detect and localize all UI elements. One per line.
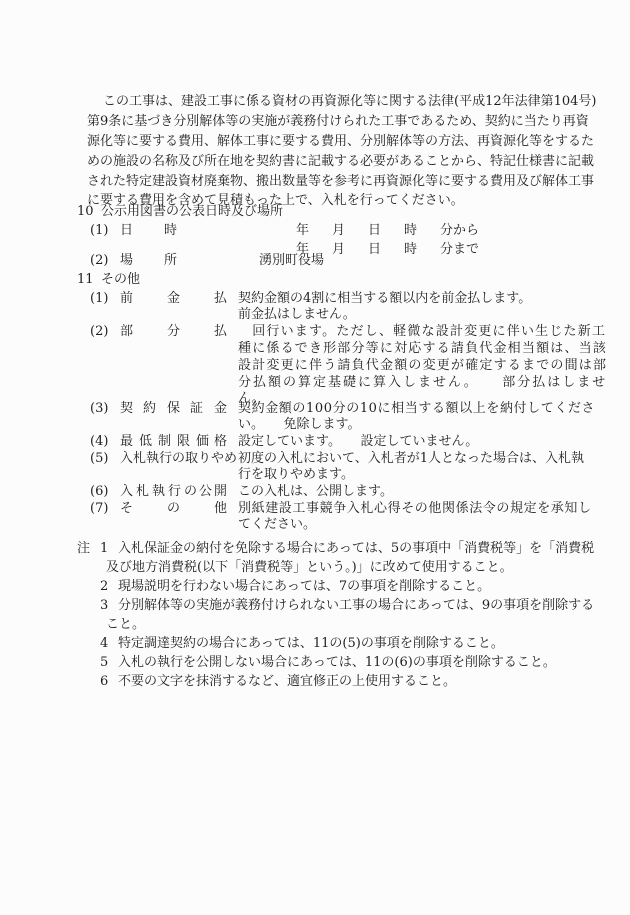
label-char: 所: [164, 251, 177, 270]
note-number: 6: [100, 672, 108, 691]
label-char: 分: [167, 322, 180, 341]
label-char: 公: [199, 482, 212, 501]
intro-line: めの施設の名称及び所在地を契約書に記載する必要があることから、特記仕様書に記載: [87, 152, 594, 171]
note-line: 入札保証金の納付を免除する場合にあっては、5の事項中「消費税等」を「消費税: [118, 539, 594, 558]
label-char: 他: [214, 499, 227, 518]
field-month: 月: [332, 240, 345, 259]
section-number: 11: [77, 270, 94, 289]
item-number: (7): [90, 499, 108, 518]
label-char: 札: [136, 482, 149, 501]
note-number: 3: [100, 596, 108, 615]
item-label: 入札執行の取りやめ: [120, 449, 237, 468]
item-number: (2): [90, 251, 108, 270]
field-day: 日: [368, 221, 381, 240]
intro-line: された特定建設資材廃棄物、搬出数量等を参考に再資源化等に要する費用及び解体工事: [87, 172, 594, 191]
label-char: 場: [120, 251, 133, 270]
content-line: 分払額の算定基礎に算入しません。 部分払はしませ: [238, 373, 607, 392]
field-hour: 時: [404, 240, 417, 259]
label-char: 払: [214, 289, 227, 308]
label-char: の: [167, 499, 180, 518]
label-char: そ: [120, 499, 133, 518]
item-number: (1): [90, 221, 108, 240]
section-title: その他: [101, 270, 140, 289]
label-char: 日: [120, 221, 133, 240]
label-char: 執: [152, 482, 165, 501]
item-number: (3): [90, 399, 108, 418]
label-char: 金: [214, 399, 227, 418]
label-char: 払: [214, 322, 227, 341]
intro-line: 第9条に基づき分別解体等の実施が義務付けられた工事であるため、契約に当たり再資: [87, 112, 589, 131]
note-line: 入札の執行を公開しない場合にあっては、11の(6)の事項を削除すること。: [118, 653, 556, 672]
note-number: 1: [100, 539, 108, 558]
field-minute-until: 分まで: [440, 240, 479, 259]
note-number: 4: [100, 634, 108, 653]
label-char: 契: [120, 399, 133, 418]
note-number: 5: [100, 653, 108, 672]
label-char: 前: [120, 289, 133, 308]
label-char: 時: [164, 221, 177, 240]
section-title: 公示用図書の公表日時及び場所: [101, 202, 283, 221]
field-year: 年: [296, 221, 309, 240]
note-line: 現場説明を行わない場合にあっては、7の事項を削除すること。: [118, 577, 490, 596]
field-day: 日: [368, 240, 381, 259]
section-number: 10: [77, 202, 94, 221]
place-value: 湧別町役場: [259, 251, 324, 270]
note-line: 及び地方消費税(以下「消費税等」という。)」に改めて使用すること。: [106, 558, 513, 577]
intro-line: この工事は、建設工事に係る資材の再資源化等に関する法律(平成12年法律第104号…: [103, 92, 597, 111]
intro-line: 源化等に要する費用、解体工事に要する費用、分別解体等の方法、再資源化等をするた: [87, 132, 594, 151]
label-char: 部: [120, 322, 133, 341]
field-minute-from: 分から: [440, 221, 479, 240]
item-number: (5): [90, 449, 108, 468]
item-number: (2): [90, 322, 108, 341]
note-number: 2: [100, 577, 108, 596]
note-line: 不要の文字を抹消するなど、適宜修正の上使用すること。: [118, 672, 456, 691]
field-month: 月: [332, 221, 345, 240]
content-line: てください。: [238, 515, 316, 534]
label-char: 保: [167, 399, 180, 418]
note-line: 分別解体等の実施が義務付けられない工事の場合にあっては、9の事項を削除する: [118, 596, 594, 615]
note-line: 特定調達契約の場合にあっては、11の(5)の事項を削除すること。: [118, 634, 504, 653]
notes-heading: 注: [77, 539, 90, 558]
label-char: 金: [167, 289, 180, 308]
field-hour: 時: [404, 221, 417, 240]
label-char: の: [184, 482, 197, 501]
label-char: 約: [143, 399, 156, 418]
label-char: 証: [190, 399, 203, 418]
item-number: (1): [90, 289, 108, 308]
note-line: こと。: [106, 615, 145, 634]
